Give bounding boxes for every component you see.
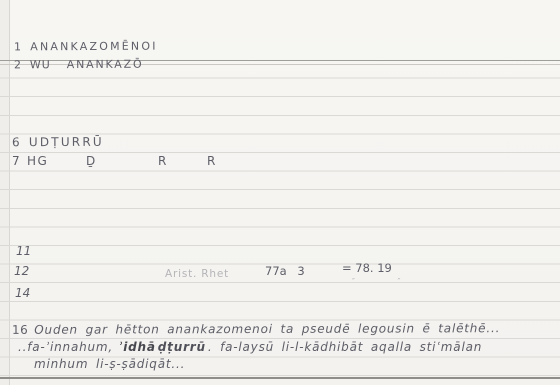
entry-12-citation: Arist. Rhet [165, 268, 229, 280]
entry-12-locus: 77a 3 [265, 264, 305, 278]
entry-7-mark-1: Ḏ [86, 154, 95, 168]
entry-1-number: 1 [14, 40, 23, 53]
entry-6-text: UDṬURRŪ [29, 135, 104, 149]
entry-16-greek-text: Ouden gar hētton anankazomenoi ta pseudē… [34, 321, 500, 337]
entry-7-number: 7 [12, 154, 20, 168]
bottom-rule-line [0, 377, 560, 379]
entry-2-word1: WU [30, 58, 51, 71]
entry-16-arabic-post: . fa-laysū li-l-kādhibāt aqalla stiʿmāla… [208, 340, 482, 354]
entry-7-text: HG [27, 154, 48, 168]
entry-11-number: 11 [16, 244, 31, 258]
index-card: 1ANANKAZOMĒNOI 2WUANANKAZŌ 6UDṬURRŪ 7 HG… [0, 0, 560, 385]
entry-12-reference-marks: ″ ″ [352, 277, 421, 286]
entry-16-number: 16 [12, 323, 28, 337]
entry-6: 6UDṬURRŪ [12, 135, 104, 149]
card-left-edge [0, 0, 10, 385]
entry-7: 7 HG Ḏ R R [0, 154, 560, 170]
entry-12-page-reference: = 78. 19 [342, 261, 392, 275]
entry-2: 2WUANANKAZŌ [14, 58, 143, 72]
entry-16-arabic-line: ..fa-ʾinnahum,ʾidhāḍṭurrū. fa-laysū li-l… [18, 340, 482, 354]
entry-2-number: 2 [14, 58, 23, 71]
entry-16-arabic-pre: ..fa-ʾinnahum, [18, 340, 113, 354]
entry-7-mark-3: R [207, 154, 215, 168]
entry-1-text: ANANKAZOMĒNOI [30, 40, 157, 54]
entry-16-arabic-line-3: minhum li-ṣ-ṣādiqāt... [34, 357, 185, 371]
entry-14-number: 14 [15, 286, 30, 300]
entry-16-arabic-bold-1: ʾidhā [118, 340, 156, 354]
entry-16-greek-line: 16Ouden gar hētton anankazomenoi ta pseu… [12, 321, 500, 337]
entry-12-number: 12 [14, 264, 29, 278]
entry-1-lemma: 1ANANKAZOMĒNOI [14, 40, 158, 54]
entry-7-mark-2: R [158, 154, 166, 168]
entry-6-number: 6 [12, 135, 22, 149]
entry-2-word2: ANANKAZŌ [67, 58, 144, 71]
entry-16-arabic-bold-2: ḍṭurrū [158, 340, 206, 354]
